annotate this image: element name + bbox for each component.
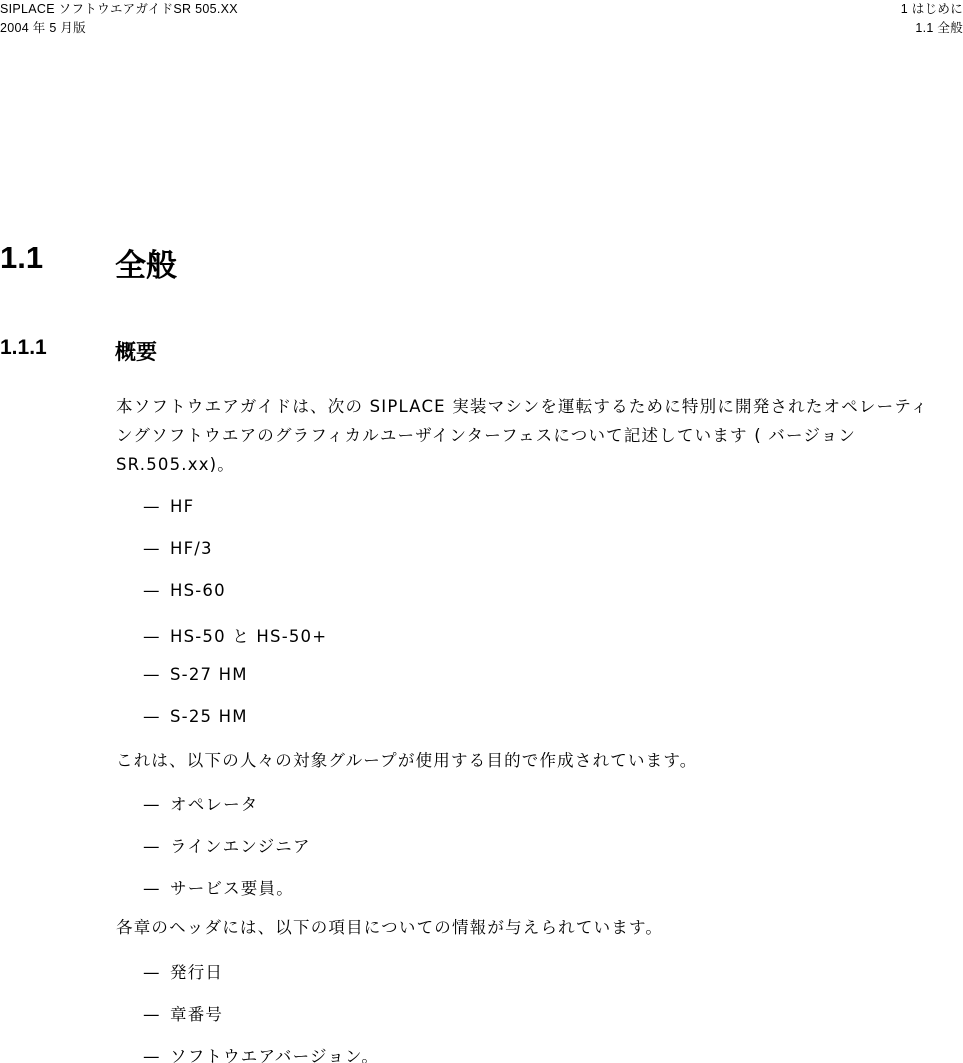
list-item: —HS-50 と HS-50+ (143, 623, 327, 647)
list-item: —オペレータ (143, 791, 259, 815)
dash-bullet-icon: — (143, 795, 170, 814)
dash-bullet-icon: — (143, 627, 170, 646)
section-number: 1.1 (0, 240, 110, 276)
subsection-number: 1.1.1 (0, 336, 47, 360)
list-item: —サービス要員。 (143, 875, 294, 899)
list-item: —章番号 (143, 1001, 223, 1025)
list-item: —HS-60 (143, 581, 226, 600)
subsection-title: 概要 (115, 336, 157, 366)
page-header-left: SIPLACE ソフトウエアガイドSR 505.XX 2004 年 5 月版 (0, 0, 238, 38)
list-item: —ラインエンジニア (143, 833, 311, 857)
dash-bullet-icon: — (143, 963, 170, 982)
section-title: 全般 (115, 240, 177, 285)
dash-bullet-icon: — (143, 837, 170, 856)
chapter-title: 1 はじめに (901, 0, 963, 19)
dash-bullet-icon: — (143, 1005, 170, 1024)
document-title: SIPLACE ソフトウエアガイドSR 505.XX (0, 0, 238, 19)
list-item: —S-27 HM (143, 665, 248, 684)
section-title-header: 1.1 全般 (901, 19, 963, 38)
list-item: —ソフトウエアバージョン。 (143, 1043, 379, 1063)
list-item: —HF (143, 497, 194, 516)
page-header-right: 1 はじめに 1.1 全般 (901, 0, 963, 38)
document-edition: 2004 年 5 月版 (0, 19, 238, 38)
list-item: —S-25 HM (143, 707, 248, 726)
list-item: —HF/3 (143, 539, 213, 558)
dash-bullet-icon: — (143, 665, 170, 684)
audience-paragraph: これは、以下の人々の対象グループが使用する目的で作成されています。 (116, 746, 697, 775)
dash-bullet-icon: — (143, 1047, 170, 1063)
dash-bullet-icon: — (143, 497, 170, 516)
dash-bullet-icon: — (143, 539, 170, 558)
dash-bullet-icon: — (143, 707, 170, 726)
list-item: —発行日 (143, 959, 223, 983)
dash-bullet-icon: — (143, 581, 170, 600)
intro-paragraph: 本ソフトウエアガイドは、次の SIPLACE 実装マシンを運転するために特別に開… (116, 392, 946, 479)
dash-bullet-icon: — (143, 879, 170, 898)
header-info-paragraph: 各章のヘッダには、以下の項目についての情報が与えられています。 (116, 913, 663, 942)
